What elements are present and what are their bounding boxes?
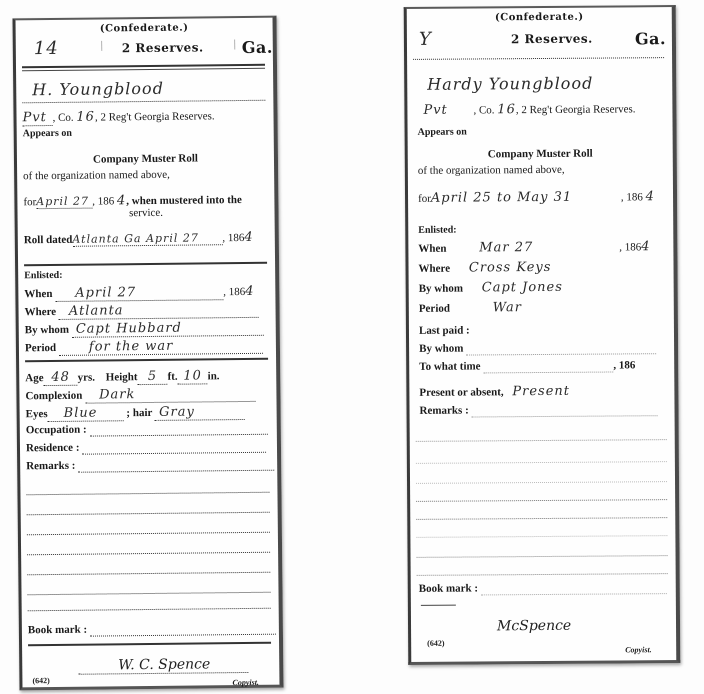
soldier-name-row: Hardy Youngblood: [427, 73, 672, 94]
rank-value: Pvt: [22, 110, 52, 126]
hair-value: Gray: [155, 404, 245, 421]
height-ft-value: 5: [137, 369, 167, 385]
unit-label: 2 Reserves.: [511, 32, 593, 47]
present-absent-label: Present or absent,: [419, 386, 503, 399]
rank-value: Pvt: [423, 102, 473, 117]
roll-dated-value: Atlanta Ga April 27: [72, 231, 222, 247]
year-digit: 4: [646, 189, 655, 204]
by-whom-label: By whom: [25, 324, 69, 336]
height-in-value: 10: [178, 368, 208, 384]
year-prefix: , 186: [621, 191, 643, 203]
appears-on-label: Appears on: [418, 125, 673, 138]
residence-label: Residence :: [26, 442, 80, 455]
when-value: April 27: [55, 284, 223, 302]
card-header: (Confederate.): [407, 11, 672, 24]
signature-row: McSpence: [497, 617, 676, 634]
signature-row: W. C. Spence: [78, 656, 279, 675]
when-label: When: [24, 288, 52, 300]
remarks-label: Remarks :: [26, 460, 75, 473]
roll-year-prefix: , 186: [222, 232, 244, 244]
soldier-name: H. Youngblood: [32, 79, 164, 99]
last-paid-row: Last paid :: [419, 323, 674, 337]
eyes-value: Blue: [48, 405, 124, 422]
eyes-label: Eyes: [26, 408, 48, 420]
rank-company-row: Pvt, Co. 16, 2 Reg't Georgia Reserves.: [22, 108, 273, 127]
hair-label: ; hair: [126, 407, 152, 419]
regiment-label: , 2 Reg't Georgia Reserves.: [516, 103, 636, 116]
card-number: Y: [419, 29, 432, 50]
remarks-row: Remarks :: [419, 403, 674, 418]
where-row: Where Cross Keys: [418, 259, 673, 276]
soldier-name: Hardy Youngblood: [427, 74, 593, 94]
roll-title: Company Muster Roll: [17, 152, 274, 167]
company-value: 16: [497, 102, 516, 117]
last-paid-by-whom-label: By whom: [419, 343, 463, 355]
org-line: of the organization named above,: [418, 163, 673, 177]
regiment-label: , 2 Reg't Georgia Reserves.: [95, 110, 215, 123]
period-label: Period: [25, 342, 56, 354]
remarks-label: Remarks :: [419, 405, 468, 417]
book-mark-row: Book mark :: [419, 581, 676, 596]
copyist-signature: W. C. Spence: [78, 656, 248, 675]
when-label: When: [418, 243, 446, 255]
by-whom-label: By whom: [419, 283, 463, 295]
age-value: 48: [44, 370, 78, 386]
when-value: Mar 27: [449, 239, 619, 255]
age-label: Age: [25, 372, 43, 384]
for-label: for: [23, 196, 36, 208]
by-whom-row: By whom Capt Jones: [419, 279, 674, 296]
by-whom-value: Capt Hubbard: [72, 320, 264, 338]
when-year-prefix: , 186: [619, 241, 641, 253]
company-value: 16: [76, 110, 95, 125]
when-year-digit: 4: [641, 239, 650, 254]
for-label: for: [418, 193, 431, 205]
where-label: Where: [25, 306, 57, 318]
card-title-row: Y 2 Reserves. Ga.: [407, 27, 672, 51]
unit-label: 2 Reserves.: [122, 40, 204, 55]
state-label: Ga.: [635, 29, 666, 48]
complexion-value: Dark: [85, 386, 255, 404]
company-label: , Co.: [473, 104, 494, 116]
state-label: Ga.: [242, 38, 273, 57]
where-value: Cross Keys: [453, 260, 552, 276]
where-row: Where Atlanta: [24, 302, 275, 321]
roll-year-digit: 4: [244, 230, 253, 245]
in-label: in.: [208, 370, 220, 382]
card-title-row: 14 | 2 Reserves. | Ga.: [16, 36, 273, 61]
roll-dated-label: Roll dated: [24, 234, 73, 247]
roll-title: Company Muster Roll: [408, 147, 673, 161]
ft-label: ft.: [167, 371, 177, 383]
enlisted-label: Enlisted:: [418, 223, 673, 236]
service-text: service.: [17, 206, 274, 221]
copyist-signature: McSpence: [497, 618, 571, 635]
to-what-time-row: To what time , 186: [419, 359, 674, 374]
book-mark-label: Book mark :: [419, 582, 478, 594]
eyes-hair-row: EyesBlue ; hair Gray: [26, 404, 277, 423]
muster-card-right: (Confederate.) Y 2 Reserves. Ga. Hardy Y…: [404, 5, 681, 665]
to-what-time-label: To what time: [419, 360, 480, 372]
height-label: Height: [106, 371, 138, 383]
yrs-label: yrs.: [78, 372, 96, 384]
card-number: 14: [34, 38, 59, 59]
where-value: Atlanta: [59, 302, 259, 320]
complexion-row: Complexion Dark: [25, 386, 276, 405]
when-row: When Mar 27, 1864: [418, 239, 673, 256]
by-whom-value: Capt Jones: [466, 280, 563, 296]
enlisted-label: Enlisted:: [24, 268, 275, 282]
copyist-label: Copyist.: [232, 678, 279, 687]
period-value: War: [453, 300, 522, 315]
occupation-label: Occupation :: [26, 424, 87, 437]
complexion-label: Complexion: [25, 390, 82, 403]
remarks-row: Remarks :: [26, 458, 277, 474]
book-mark-label: Book mark :: [28, 624, 87, 637]
last-paid-label: Last paid :: [419, 325, 470, 337]
card-header: (Confederate.): [16, 22, 273, 36]
year-digit: 4: [117, 193, 126, 208]
to-what-time-year: , 186: [613, 359, 635, 371]
when-year-prefix: , 186: [223, 286, 245, 298]
period-row: Period for the war: [25, 338, 276, 357]
rank-company-row: Pvt, Co. 16, 2 Reg't Georgia Reserves.: [423, 101, 672, 118]
last-paid-by-whom-row: By whom: [419, 341, 674, 356]
period-value: for the war: [59, 338, 263, 356]
present-absent-value: Present: [506, 384, 570, 399]
age-height-row: Age48yrs. Height5ft.10in.: [25, 368, 276, 387]
when-row: When April 27, 1864: [24, 284, 275, 303]
residence-row: Residence :: [26, 440, 277, 456]
for-value: April 25 to May 31: [431, 189, 621, 205]
copyist-label: Copyist.: [625, 645, 676, 654]
period-row: Period War: [419, 299, 674, 316]
for-row: forApril 25 to May 31, 186 4: [418, 189, 673, 206]
company-label: , Co.: [52, 112, 73, 124]
period-label: Period: [419, 303, 450, 315]
muster-card-left: (Confederate.) 14 | 2 Reserves. | Ga. H.…: [12, 16, 283, 691]
occupation-row: Occupation :: [26, 422, 277, 438]
where-label: Where: [418, 263, 450, 275]
present-absent-row: Present or absent, Present: [419, 383, 674, 400]
book-mark-row: Book mark :: [28, 622, 279, 638]
year-prefix: , 186: [92, 195, 114, 207]
org-line: of the organization named above,: [23, 168, 274, 183]
appears-on-label: Appears on: [23, 126, 274, 140]
roll-dated-row: Roll datedAtlanta Ga April 27, 1864: [24, 230, 275, 248]
when-year-digit: 4: [245, 284, 254, 299]
soldier-name-row: H. Youngblood: [32, 78, 273, 100]
by-whom-row: By whom Capt Hubbard: [25, 320, 276, 339]
